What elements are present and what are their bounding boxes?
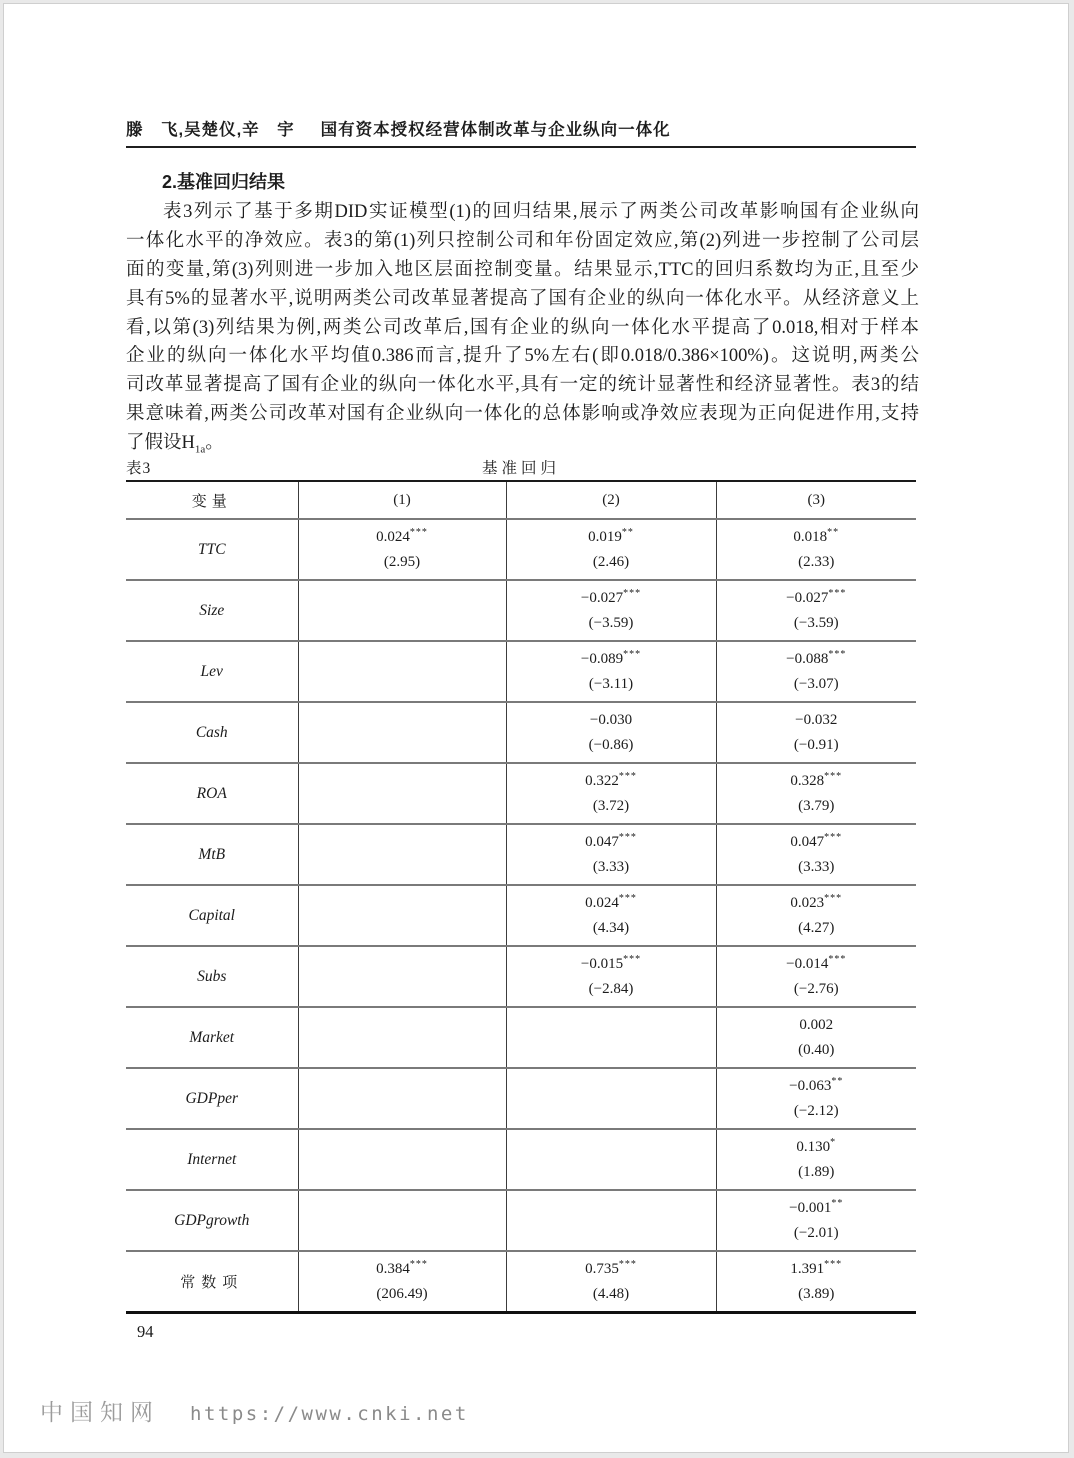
t-statistic: (−0.91) (717, 733, 917, 758)
coefficient: 0.024*** (299, 525, 506, 550)
variable-cell: Subs (126, 946, 298, 1007)
coefficient (507, 1135, 716, 1160)
coefficient (299, 1074, 506, 1099)
table-row: 常数项 0.384*** (206.49) 0.735*** (4.48) 1.… (126, 1251, 916, 1313)
variable-cell: TTC (126, 519, 298, 580)
table-row: TTC 0.024*** (2.95) 0.019** (2.46) 0.018… (126, 519, 916, 580)
table-row: Size −0.027*** (−3.59) −0.027*** (−3.59) (126, 580, 916, 641)
column-header-3: (3) (716, 481, 916, 519)
coefficient (299, 1135, 506, 1160)
t-statistic: (2.33) (717, 550, 917, 575)
table-header-row: 变量 (1) (2) (3) (126, 481, 916, 519)
t-statistic (299, 1099, 506, 1124)
value-cell-col1: 0.024*** (2.95) (298, 519, 506, 580)
table-row: Capital 0.024*** (4.34) 0.023*** (4.27) (126, 885, 916, 946)
t-statistic (299, 611, 506, 636)
significance-stars: *** (619, 832, 637, 843)
variable-label: 常数项 (180, 1275, 243, 1291)
value-cell-col3: −0.014*** (−2.76) (716, 946, 916, 1007)
paragraph-line: 果意味着,两类公司改革对国有企业纵向一体化的总体影响或净效应表现为正向促进作用,… (126, 400, 919, 429)
variable-cell: Size (126, 580, 298, 641)
value-cell-col2 (506, 1007, 716, 1068)
table-row: Subs −0.015*** (−2.84) −0.014*** (−2.76) (126, 946, 916, 1007)
significance-stars: *** (828, 588, 846, 599)
value-cell-col1 (298, 1190, 506, 1251)
significance-stars: *** (824, 1259, 842, 1270)
table-title: 基准回归 (126, 456, 916, 478)
value-cell-col3: 0.002 (0.40) (716, 1007, 916, 1068)
running-header-authors: 滕 飞,吴楚仪,辛 宇 (126, 121, 295, 139)
t-statistic (507, 1221, 716, 1246)
t-statistic (299, 672, 506, 697)
t-statistic (299, 733, 506, 758)
value-cell-col2: 0.024*** (4.34) (506, 885, 716, 946)
variable-cell: Cash (126, 702, 298, 763)
significance-stars: *** (828, 649, 846, 660)
significance-stars: ** (831, 1198, 843, 1209)
value-cell-col2: 0.047*** (3.33) (506, 824, 716, 885)
t-statistic: (−2.84) (507, 977, 716, 1002)
coefficient: 0.130* (717, 1135, 917, 1160)
coefficient: 0.047*** (717, 830, 917, 855)
significance-stars: *** (623, 954, 641, 965)
significance-stars: *** (410, 1259, 428, 1270)
value-cell-col3: −0.032 (−0.91) (716, 702, 916, 763)
t-statistic (299, 916, 506, 941)
table-label: 表3 (126, 456, 151, 478)
table-row: Cash −0.030 (−0.86) −0.032 (−0.91) (126, 702, 916, 763)
cnki-watermark: 中国知网 https://www.cnki.net (40, 1394, 469, 1430)
t-statistic (507, 1160, 716, 1185)
value-cell-col1 (298, 580, 506, 641)
value-cell-col1 (298, 702, 506, 763)
t-statistic: (1.89) (717, 1160, 917, 1185)
value-cell-col3: −0.001** (−2.01) (716, 1190, 916, 1251)
significance-stars: * (830, 1137, 836, 1148)
coefficient: −0.088*** (717, 647, 917, 672)
significance-stars: ** (827, 527, 839, 538)
coefficient: 0.019** (507, 525, 716, 550)
coefficient (299, 1013, 506, 1038)
coefficient: −0.014*** (717, 952, 917, 977)
body-paragraph: 表3列示了基于多期DID实证模型(1)的回归结果,展示了两类公司改革影响国有企业… (126, 198, 919, 458)
value-cell-col2: −0.027*** (−3.59) (506, 580, 716, 641)
t-statistic (299, 1038, 506, 1063)
variable-label: Subs (197, 968, 226, 985)
value-cell-col3: 0.130* (1.89) (716, 1129, 916, 1190)
t-statistic: (3.33) (717, 855, 917, 880)
significance-stars: ** (622, 527, 634, 538)
coefficient (299, 647, 506, 672)
value-cell-col3: 0.023*** (4.27) (716, 885, 916, 946)
value-cell-col2 (506, 1068, 716, 1129)
paragraph-line: 看,以第(3)列结果为例,两类公司改革后,国有企业的纵向一体化水平提高了0.01… (126, 314, 919, 343)
coefficient (299, 708, 506, 733)
t-statistic: (−3.59) (717, 611, 917, 636)
table-caption-row: 基准回归 表3 (126, 456, 916, 478)
t-statistic (299, 794, 506, 819)
t-statistic (299, 977, 506, 1002)
coefficient (299, 769, 506, 794)
table-row: GDPper −0.063** (−2.12) (126, 1068, 916, 1129)
variable-label: ROA (197, 785, 227, 802)
coefficient: −0.027*** (717, 586, 917, 611)
section-heading: 2.基准回归结果 (162, 168, 285, 194)
page-number: 94 (137, 1322, 154, 1342)
value-cell-col1 (298, 641, 506, 702)
t-statistic: (4.48) (507, 1282, 716, 1307)
t-statistic: (3.33) (507, 855, 716, 880)
coefficient (507, 1013, 716, 1038)
t-statistic: (3.79) (717, 794, 917, 819)
t-statistic: (3.72) (507, 794, 716, 819)
value-cell-col2: −0.089*** (−3.11) (506, 641, 716, 702)
value-cell-col3: −0.088*** (−3.07) (716, 641, 916, 702)
value-cell-col1 (298, 763, 506, 824)
coefficient: 0.047*** (507, 830, 716, 855)
t-statistic: (−3.07) (717, 672, 917, 697)
t-statistic: (2.46) (507, 550, 716, 575)
variable-cell: Lev (126, 641, 298, 702)
variable-cell: MtB (126, 824, 298, 885)
value-cell-col1 (298, 1129, 506, 1190)
paragraph-line: 司改革显著提高了国有企业的纵向一体化水平,具有一定的统计显著性和经济显著性。表3… (126, 371, 919, 400)
paragraph-line: 企业的纵向一体化水平均值0.386而言,提升了5%左右(即0.018/0.386… (126, 342, 919, 371)
variable-label: Internet (187, 1151, 236, 1168)
variable-cell: Market (126, 1007, 298, 1068)
value-cell-col3: −0.063** (−2.12) (716, 1068, 916, 1129)
variable-label: MtB (198, 846, 225, 863)
coefficient (299, 586, 506, 611)
variable-cell: GDPper (126, 1068, 298, 1129)
regression-table: 变量 (1) (2) (3) TTC 0.024*** (2.95) 0.019… (126, 480, 916, 1314)
coefficient: −0.001** (717, 1196, 917, 1221)
t-statistic: (−0.86) (507, 733, 716, 758)
variable-label: GDPper (185, 1090, 238, 1107)
value-cell-col1 (298, 946, 506, 1007)
coefficient: 0.328*** (717, 769, 917, 794)
variable-label: Market (189, 1029, 234, 1046)
significance-stars: *** (824, 832, 842, 843)
value-cell-col3: 0.328*** (3.79) (716, 763, 916, 824)
column-header-2: (2) (506, 481, 716, 519)
cnki-brand: 中国知网 (40, 1400, 160, 1425)
variable-label: Cash (196, 724, 228, 741)
coefficient: −0.089*** (507, 647, 716, 672)
table-row: MtB 0.047*** (3.33) 0.047*** (3.33) (126, 824, 916, 885)
coefficient: 0.002 (717, 1013, 917, 1038)
t-statistic: (−3.59) (507, 611, 716, 636)
coefficient: 0.735*** (507, 1257, 716, 1282)
coefficient: 0.384*** (299, 1257, 506, 1282)
value-cell-col1 (298, 885, 506, 946)
variable-label: Capital (188, 907, 235, 924)
significance-stars: *** (410, 527, 428, 538)
value-cell-col2: 0.019** (2.46) (506, 519, 716, 580)
t-statistic: (−2.76) (717, 977, 917, 1002)
coefficient: 0.023*** (717, 891, 917, 916)
coefficient: −0.063** (717, 1074, 917, 1099)
value-cell-col2: −0.030 (−0.86) (506, 702, 716, 763)
coefficient: −0.030 (507, 708, 716, 733)
significance-stars: *** (619, 893, 637, 904)
value-cell-col2: 0.735*** (4.48) (506, 1251, 716, 1313)
variable-label: TTC (198, 541, 226, 558)
significance-stars: ** (831, 1076, 843, 1087)
significance-stars: *** (828, 954, 846, 965)
running-header-title: 国有资本授权经营体制改革与企业纵向一体化 (321, 121, 671, 139)
paragraph-line: 一体化水平的净效应。表3的第(1)列只控制公司和年份固定效应,第(2)列进一步控… (126, 227, 919, 256)
paragraph-line: 面的变量,第(3)列则进一步加入地区层面控制变量。结果显示,TTC的回归系数均为… (126, 256, 919, 285)
coefficient (299, 830, 506, 855)
significance-stars: *** (623, 649, 641, 660)
t-statistic: (4.34) (507, 916, 716, 941)
value-cell-col1 (298, 1068, 506, 1129)
value-cell-col1 (298, 1007, 506, 1068)
value-cell-col3: 0.047*** (3.33) (716, 824, 916, 885)
coefficient (507, 1074, 716, 1099)
t-statistic: (−2.12) (717, 1099, 917, 1124)
coefficient (299, 952, 506, 977)
variable-label: Lev (201, 663, 223, 680)
coefficient (299, 1196, 506, 1221)
value-cell-col1: 0.384*** (206.49) (298, 1251, 506, 1313)
value-cell-col3: −0.027*** (−3.59) (716, 580, 916, 641)
column-header-variable: 变量 (126, 481, 298, 519)
significance-stars: *** (623, 588, 641, 599)
t-statistic: (4.27) (717, 916, 917, 941)
coefficient: 1.391*** (717, 1257, 917, 1282)
header-rule (126, 146, 916, 148)
variable-cell: Capital (126, 885, 298, 946)
table-row: Internet 0.130* (1.89) (126, 1129, 916, 1190)
value-cell-col2 (506, 1190, 716, 1251)
value-cell-col3: 0.018** (2.33) (716, 519, 916, 580)
value-cell-col2 (506, 1129, 716, 1190)
significance-stars: *** (619, 1259, 637, 1270)
value-cell-col1 (298, 824, 506, 885)
t-statistic: (3.89) (717, 1282, 917, 1307)
t-statistic (299, 855, 506, 880)
t-statistic: (−2.01) (717, 1221, 917, 1246)
table-row: GDPgrowth −0.001** (−2.01) (126, 1190, 916, 1251)
variable-cell: 常数项 (126, 1251, 298, 1313)
t-statistic (507, 1038, 716, 1063)
table-row: ROA 0.322*** (3.72) 0.328*** (3.79) (126, 763, 916, 824)
value-cell-col3: 1.391*** (3.89) (716, 1251, 916, 1313)
variable-label: GDPgrowth (174, 1212, 249, 1229)
significance-stars: *** (619, 771, 637, 782)
column-header-1: (1) (298, 481, 506, 519)
table-row: Market 0.002 (0.40) (126, 1007, 916, 1068)
significance-stars: *** (824, 771, 842, 782)
running-header: 滕 飞,吴楚仪,辛 宇国有资本授权经营体制改革与企业纵向一体化 (126, 116, 916, 140)
coefficient: −0.032 (717, 708, 917, 733)
coefficient: 0.018** (717, 525, 917, 550)
paragraph-line: 表3列示了基于多期DID实证模型(1)的回归结果,展示了两类公司改革影响国有企业… (126, 198, 919, 227)
coefficient: 0.024*** (507, 891, 716, 916)
paper-page: 滕 飞,吴楚仪,辛 宇国有资本授权经营体制改革与企业纵向一体化 2.基准回归结果… (3, 3, 1069, 1453)
coefficient: −0.015*** (507, 952, 716, 977)
value-cell-col2: 0.322*** (3.72) (506, 763, 716, 824)
variable-cell: ROA (126, 763, 298, 824)
coefficient: 0.322*** (507, 769, 716, 794)
t-statistic (507, 1099, 716, 1124)
regression-table-body: TTC 0.024*** (2.95) 0.019** (2.46) 0.018… (126, 519, 916, 1313)
t-statistic: (0.40) (717, 1038, 917, 1063)
t-statistic: (206.49) (299, 1282, 506, 1307)
coefficient (507, 1196, 716, 1221)
cnki-url: https://www.cnki.net (190, 1403, 469, 1425)
t-statistic: (−3.11) (507, 672, 716, 697)
table-row: Lev −0.089*** (−3.11) −0.088*** (−3.07) (126, 641, 916, 702)
t-statistic (299, 1160, 506, 1185)
variable-cell: Internet (126, 1129, 298, 1190)
t-statistic (299, 1221, 506, 1246)
coefficient: −0.027*** (507, 586, 716, 611)
value-cell-col2: −0.015*** (−2.84) (506, 946, 716, 1007)
paragraph-line: 了假设H1a。 (126, 429, 919, 458)
paragraph-line: 具有5%的显著水平,说明两类公司改革显著提高了国有企业的纵向一体化水平。从经济意… (126, 285, 919, 314)
coefficient (299, 891, 506, 916)
significance-stars: *** (824, 893, 842, 904)
variable-cell: GDPgrowth (126, 1190, 298, 1251)
variable-label: Size (199, 602, 224, 619)
t-statistic: (2.95) (299, 550, 506, 575)
